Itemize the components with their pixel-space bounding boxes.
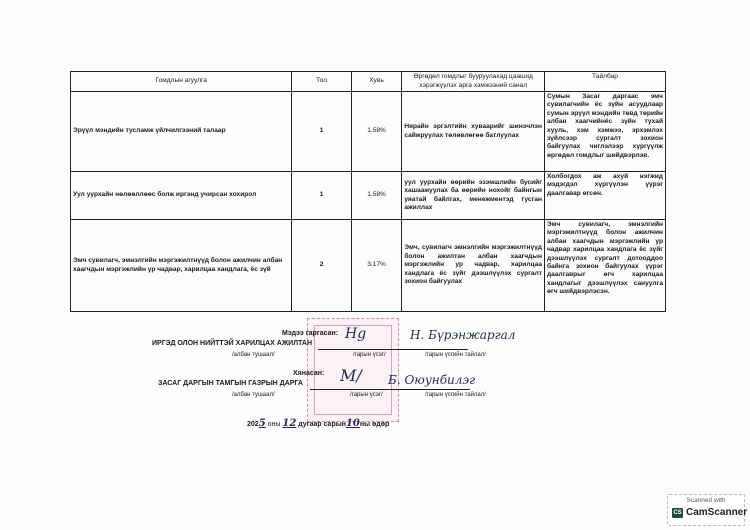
checked-signature-caption: /гарын үсэг/ [350, 392, 383, 398]
date-year-hand: 5 [259, 418, 266, 429]
row-content: Уул уурхайн нөлөөллөөс болж иргэнд учирс… [71, 172, 292, 220]
prepared-signature: Hg [345, 326, 366, 342]
header-content: Гомдлын агуулга [71, 72, 292, 92]
camscanner-logo-icon: CS [672, 508, 683, 518]
row-proposal: Эмч, сувилагч эмнэлгийн мэргэжилтнүүд бо… [402, 220, 545, 312]
row-note: Сумын Засаг даргаас эмч сувилагчийн ёс з… [544, 92, 665, 172]
date-month-hand: 12 [282, 418, 296, 429]
prepared-name-caption: /гарын үсгийн тайлал/ [425, 352, 486, 358]
checked-signer-name: Б. Оюунбилэг [388, 373, 475, 387]
row-content: Эмч сувилагч, эмнэлгийн мэргэжилтнүүд бо… [71, 220, 292, 312]
row-percent: 1.58% [351, 92, 402, 172]
prepared-label: Мэдээ гаргасан: [282, 330, 338, 337]
checked-position-caption: /албан тушаал/ [232, 392, 275, 398]
row-percent: 3.17% [351, 220, 402, 312]
header-percent: Хувь [351, 72, 402, 92]
table-row: Эмч сувилагч, эмнэлгийн мэргэжилтнүүд бо… [71, 220, 666, 312]
document-date: 2025 оны 12 дугаар сарын10ны өдөр [247, 418, 389, 429]
row-percent: 1.58% [351, 172, 402, 220]
header-note: Тайлбар [544, 72, 665, 92]
header-count: Тоо [292, 72, 351, 92]
header-proposal: Өргөдөл гомдлыг бууруулахад цаашид хэрэг… [402, 72, 545, 92]
badge-top-text: Scanned with [668, 497, 744, 504]
row-note: Холбогдох аж ахуй нэгжид мэдэгдэл хүргүү… [544, 172, 665, 220]
prepared-position-caption: /албан тушаал/ [232, 352, 275, 358]
checked-signature: M/ [340, 366, 362, 385]
prepared-position: ИРГЭД ОЛОН НИЙТТЭЙ ХАРИЛЦАХ АЖИЛТАН [152, 340, 312, 347]
checked-signature-line [310, 389, 470, 390]
checked-position: ЗАСАГ ДАРГЫН ТАМГЫН ГАЗРЫН ДАРГА [158, 380, 303, 387]
date-day-suffix: ны өдөр [360, 421, 389, 428]
table-header-row: Гомдлын агуулга Тоо Хувь Өргөдөл гомдлыг… [71, 72, 666, 92]
prepared-signer-name: Н. Бүрэнжаргал [410, 328, 515, 342]
row-count: 1 [292, 172, 351, 220]
date-day-hand: 10 [346, 418, 360, 429]
badge-name: CamScanner [686, 507, 747, 518]
scanned-page: Гомдлын агуулга Тоо Хувь Өргөдөл гомдлыг… [0, 0, 750, 530]
complaints-table: Гомдлын агуулга Тоо Хувь Өргөдөл гомдлыг… [70, 71, 666, 312]
checked-name-caption: /гарын үсгийн тайлал/ [425, 392, 486, 398]
checked-label: Хянасан: [293, 370, 324, 377]
table-row: Эрүүл мэндийн тусламж үйлчилгээний талаа… [71, 92, 666, 172]
row-count: 2 [292, 220, 351, 312]
row-proposal: уул уурхайн өөрийн эзэмшлийн бусийг хаша… [402, 172, 545, 220]
row-note: Эмч сувилагч, эмнэлгийн мэргэжилтнүүд бо… [544, 220, 665, 312]
date-prefix: 202 [247, 421, 259, 428]
prepared-signature-caption: /гарын үсэг/ [353, 352, 386, 358]
date-month-suffix: дугаар сарын [298, 421, 346, 428]
row-count: 1 [292, 92, 351, 172]
date-year-suffix: оны [268, 421, 281, 428]
table-row: Уул уурхайн нөлөөллөөс болж иргэнд учирс… [71, 172, 666, 220]
camscanner-badge: Scanned with CS CamScanner [667, 494, 745, 526]
row-content: Эрүүл мэндийн тусламж үйлчилгээний талаа… [71, 92, 292, 172]
row-proposal: Нярайн эргэлтийн хуваарийг шинэчлэн сайж… [402, 92, 545, 172]
prepared-signature-line [318, 349, 468, 350]
